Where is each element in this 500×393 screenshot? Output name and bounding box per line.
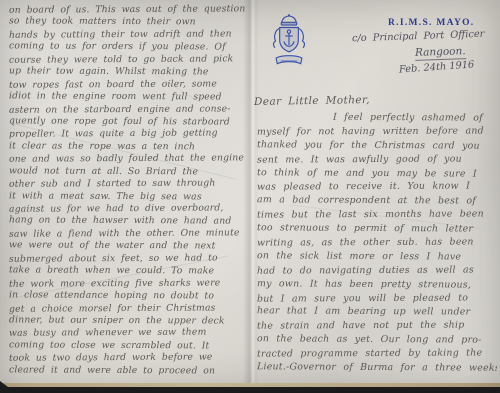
letter-line: times but the last six months have been [257,208,497,223]
royal-indian-marine-crest-icon [266,13,312,71]
letter-line: so they took matters into their own [9,16,251,30]
letter-line: coming to us for orders if you please. O… [9,41,251,55]
letter-line: on the sick list more or less I have [257,249,497,264]
salutation: Dear Little Mother, [254,94,370,108]
letter-paper: on board of us. This was out of the ques… [0,0,500,387]
letter-line: I feel perfectly ashamed of [257,110,497,125]
letter-line: sent me. It was awfully good of you [257,152,497,167]
letter-line: idiot in the engine room went full speed [9,90,251,104]
background-corner [0,381,16,393]
letterhead-city-line: Rangoon. [415,45,466,61]
letter-line: my own. It has been pretty strenuous, [257,277,497,292]
paper-bottom-edge [0,383,500,387]
letter-line: in close attendance hoping no doubt to [9,289,251,303]
letter-line: Lieut.-Governor of Burma for a three wee… [257,360,497,375]
letter-line: was busy and whenever we saw them [9,327,251,341]
right-page-text: I feel perfectly ashamed ofmyself for no… [257,111,497,375]
letter-line: cleared it and were able to proceed on [9,364,251,378]
letter-photograph: on board of us. This was out of the ques… [0,0,500,393]
letter-line: writing as, as the other sub. has been [257,235,497,250]
letter-line: other sub and I started to saw through [9,177,251,191]
letter-line: had to do navigating duties as well as [257,263,497,278]
letter-line: myself for not having written before and [257,124,497,139]
letter-line: took us two days hard work before we [9,352,251,366]
letter-line: tracted programme started by taking the [257,347,497,362]
letter-line: up their tow again. Whilst making the [9,66,251,80]
letter-line: propeller. It was quite a big job gettin… [9,128,251,142]
letter-line: take a breath when we could. To make [9,265,251,279]
letter-line: we were out of the water and the next [9,240,251,254]
left-page-text: on board of us. This was out of the ques… [9,4,251,377]
letter-line: hang on to the hawser with one hand and [9,215,251,229]
letter-line: one and was so badly fouled that the eng… [9,153,251,167]
letter-date: Feb. 24th 1916 [399,59,475,75]
letter-line: thanked you for the Christmas card you [257,138,497,153]
letterhead-address-line: c/o Principal Port Officer [352,29,485,45]
ship-name-letterhead: R.I.M.S. MAYO. [388,18,474,28]
letter-line: too strenuous to permit of much letter [257,221,497,236]
